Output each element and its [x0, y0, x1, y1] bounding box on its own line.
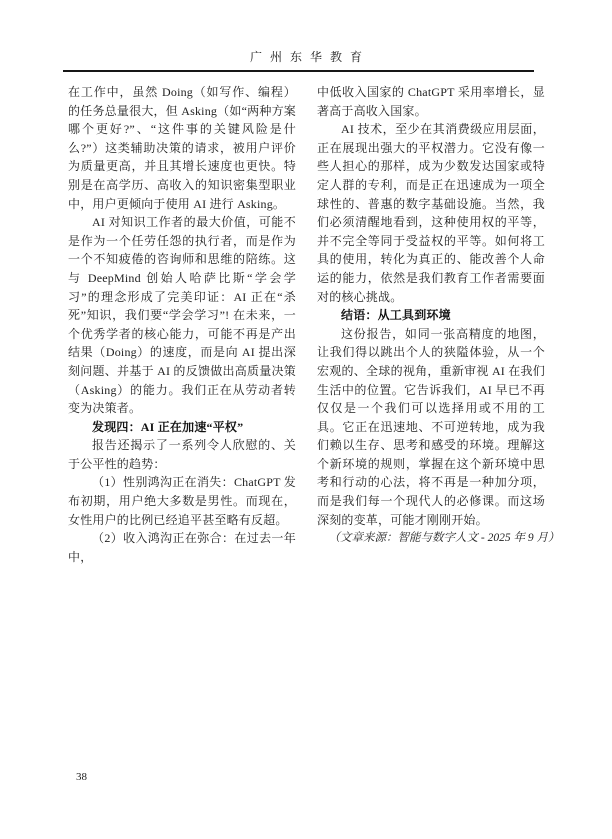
header-title: 广州东华教育: [0, 48, 612, 65]
paragraph-fairness-trends-intro: 报告还揭示了一系列令人欣慰的、关于公平性的趋势：: [68, 436, 296, 473]
article-body: 在工作中，虽然 Doing（如写作、编程）的任务总量很大，但 Asking（如“…: [68, 83, 545, 566]
paragraph-gender-gap: （1）性别鸿沟正在消失：ChatGPT 发布初期，用户绝大多数是男性。而现在，女…: [68, 473, 296, 529]
right-column: 中低收入国家的 ChatGPT 采用率增长，显著高于高收入国家。 AI 技术，至…: [317, 83, 545, 566]
paragraph-ai-equalizing-power: AI 技术，至少在其消费级应用层面，正在展现出强大的平权潜力。它没有像一些人担心…: [317, 120, 545, 306]
header-rule: [63, 70, 534, 72]
paragraph-doing-vs-asking: 在工作中，虽然 Doing（如写作、编程）的任务总量很大，但 Asking（如“…: [68, 83, 296, 213]
section-heading-conclusion: 结语：从工具到环境: [317, 306, 545, 325]
source-line: （文章来源：智能与数字人文 - 2025 年 9 月）: [317, 529, 545, 548]
document-page: 广州东华教育 在工作中，虽然 Doing（如写作、编程）的任务总量很大，但 As…: [0, 0, 612, 839]
paragraph-tool-to-environment: 这份报告，如同一张高精度的地图，让我们得以跳出个人的狭隘体验，从一个宏观的、全球…: [317, 325, 545, 530]
paragraph-income-gap-continued: 中低收入国家的 ChatGPT 采用率增长，显著高于高收入国家。: [317, 83, 545, 120]
page-footer: 38: [76, 767, 87, 785]
page-number: 38: [76, 771, 87, 783]
section-heading-finding-four: 发现四：AI 正在加速“平权”: [68, 418, 296, 437]
paragraph-income-gap-start: （2）收入鸿沟正在弥合：在过去一年中，: [68, 529, 296, 566]
left-column: 在工作中，虽然 Doing（如写作、编程）的任务总量很大，但 Asking（如“…: [68, 83, 296, 566]
paragraph-ai-knowledge-worker-value: AI 对知识工作者的最大价值，可能不是作为一个任劳任怨的执行者，而是作为一个不知…: [68, 213, 296, 418]
